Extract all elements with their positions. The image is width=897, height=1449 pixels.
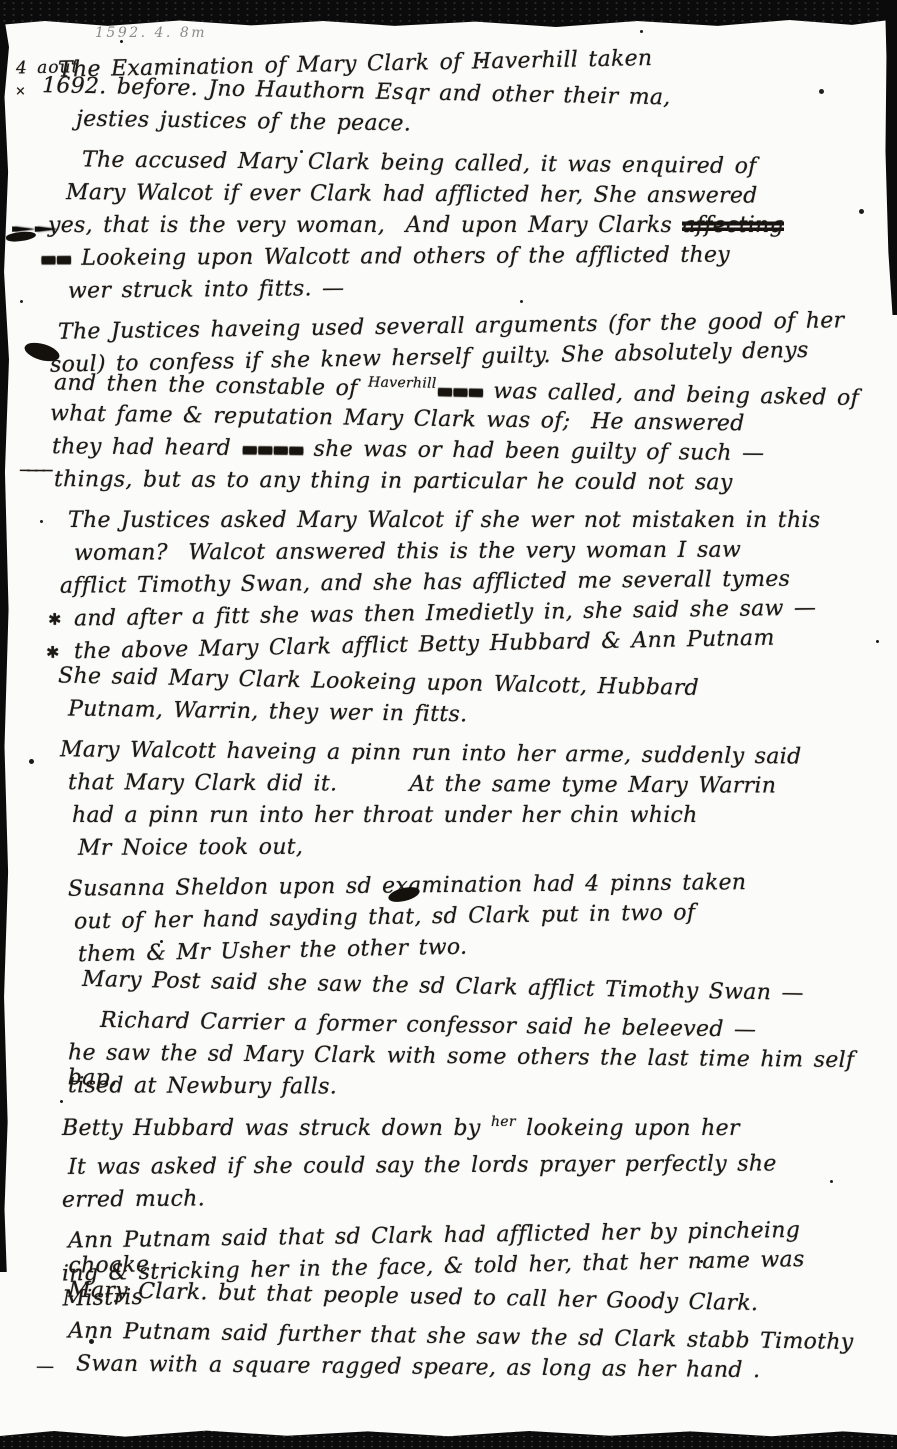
- scan-border-right: [881, 0, 897, 315]
- line-text: tised at Newbury falls.: [68, 1073, 881, 1102]
- paragraph: The Justices asked Mary Walcot if she we…: [12, 508, 881, 663]
- manuscript-line: had a pinn run into her throat under her…: [12, 803, 881, 834]
- paragraph: The accused Mary Clark being called, it …: [12, 151, 881, 306]
- paragraph: Richard Carrier a former confessor said …: [12, 1013, 881, 1106]
- line-text: Betty Hubbard was struck down by her loo…: [62, 1114, 881, 1141]
- margin-asterisk: ✱: [48, 610, 62, 629]
- paragraph: 4 aoutThe Examination of Mary Clark of H…: [12, 50, 881, 143]
- line-text: The accused Mary Clark being called, it …: [82, 147, 881, 180]
- manuscript-line: ►►yes, that is the very woman, And upon …: [12, 213, 881, 244]
- paragraph: Ann Putnam said that sd Clark had afflic…: [12, 1223, 881, 1316]
- strike-mark: ────: [20, 461, 51, 480]
- paragraph: Betty Hubbard was struck down by her loo…: [12, 1114, 881, 1145]
- paragraph: Ann Putnam said further that she saw the…: [12, 1324, 881, 1386]
- manuscript-line: that Mary Clark did it. At the same tyme…: [12, 770, 881, 805]
- paragraph: The Justices haveing used severall argum…: [12, 314, 881, 500]
- line-text: Susanna Sheldon upon sd examination had …: [68, 869, 881, 902]
- line-text: yes, that is the very woman, And upon Ma…: [48, 213, 881, 238]
- scan-border-bottom: [0, 1429, 897, 1449]
- manuscript-line: Mr Noice took out,: [12, 832, 881, 867]
- manuscript-line: tised at Newbury falls.: [12, 1073, 881, 1108]
- paper-specks: [120, 40, 123, 43]
- manuscript-line: ────things, but as to any thing in parti…: [12, 467, 881, 502]
- manuscript-line: The Justices asked Mary Walcot if she we…: [12, 508, 881, 539]
- line-text: Mary Post said she saw the sd Clark affl…: [82, 967, 881, 1008]
- manuscript-line: Mary Post said she saw the sd Clark affl…: [12, 966, 881, 1014]
- manuscript-line: wer struck into fitts. —: [12, 271, 881, 310]
- paragraph: She said Mary Clark Lookeing upon Walcot…: [12, 671, 881, 733]
- manuscript-line: Mary Walcot if ever Clark had afflicted …: [12, 180, 881, 215]
- paragraph: Susanna Sheldon upon sd examination had …: [12, 873, 881, 966]
- paragraph: Mary Post said she saw the sd Clark affl…: [12, 974, 881, 1005]
- paragraph: Mary Walcott haveing a pinn run into her…: [12, 741, 881, 865]
- manuscript-line: erred much.: [12, 1180, 881, 1219]
- margin-asterisk: ✱: [46, 643, 60, 662]
- scan-border-left: [0, 22, 9, 1272]
- line-text: ▬▬ Lookeing upon Walcott and others of t…: [40, 242, 881, 271]
- manuscript-line: Betty Hubbard was struck down by her loo…: [12, 1114, 881, 1145]
- line-text: woman? Walcot answered this is the very …: [74, 537, 881, 566]
- line-text: had a pinn run into her throat under her…: [72, 803, 881, 828]
- scan-border-top: [0, 0, 897, 27]
- line-text: Richard Carrier a former confessor said …: [100, 1008, 881, 1044]
- line-text: Mary Walcot if ever Clark had afflicted …: [66, 180, 881, 209]
- archival-note: 1592. 4. 8m: [95, 25, 207, 41]
- paragraph: It was asked if she could say the lords …: [12, 1153, 881, 1215]
- manuscript-text: 4 aoutThe Examination of Mary Clark of H…: [12, 50, 881, 1394]
- line-text: It was asked if she could say the lords …: [68, 1151, 881, 1180]
- line-text: Mr Noice took out,: [78, 832, 881, 861]
- line-text: that Mary Clark did it. At the same tyme…: [68, 770, 881, 799]
- line-text: Mary Walcott haveing a pinn run into her…: [60, 737, 881, 770]
- scanned-manuscript: { "colors": { "ink": "#1d1a16", "page_ba…: [0, 0, 897, 1449]
- line-text: things, but as to any thing in particula…: [54, 467, 881, 496]
- line-text: Ann Putnam said further that she saw the…: [68, 1318, 881, 1355]
- line-text: The Justices asked Mary Walcot if she we…: [68, 508, 881, 533]
- margin-dash: —: [36, 1356, 55, 1377]
